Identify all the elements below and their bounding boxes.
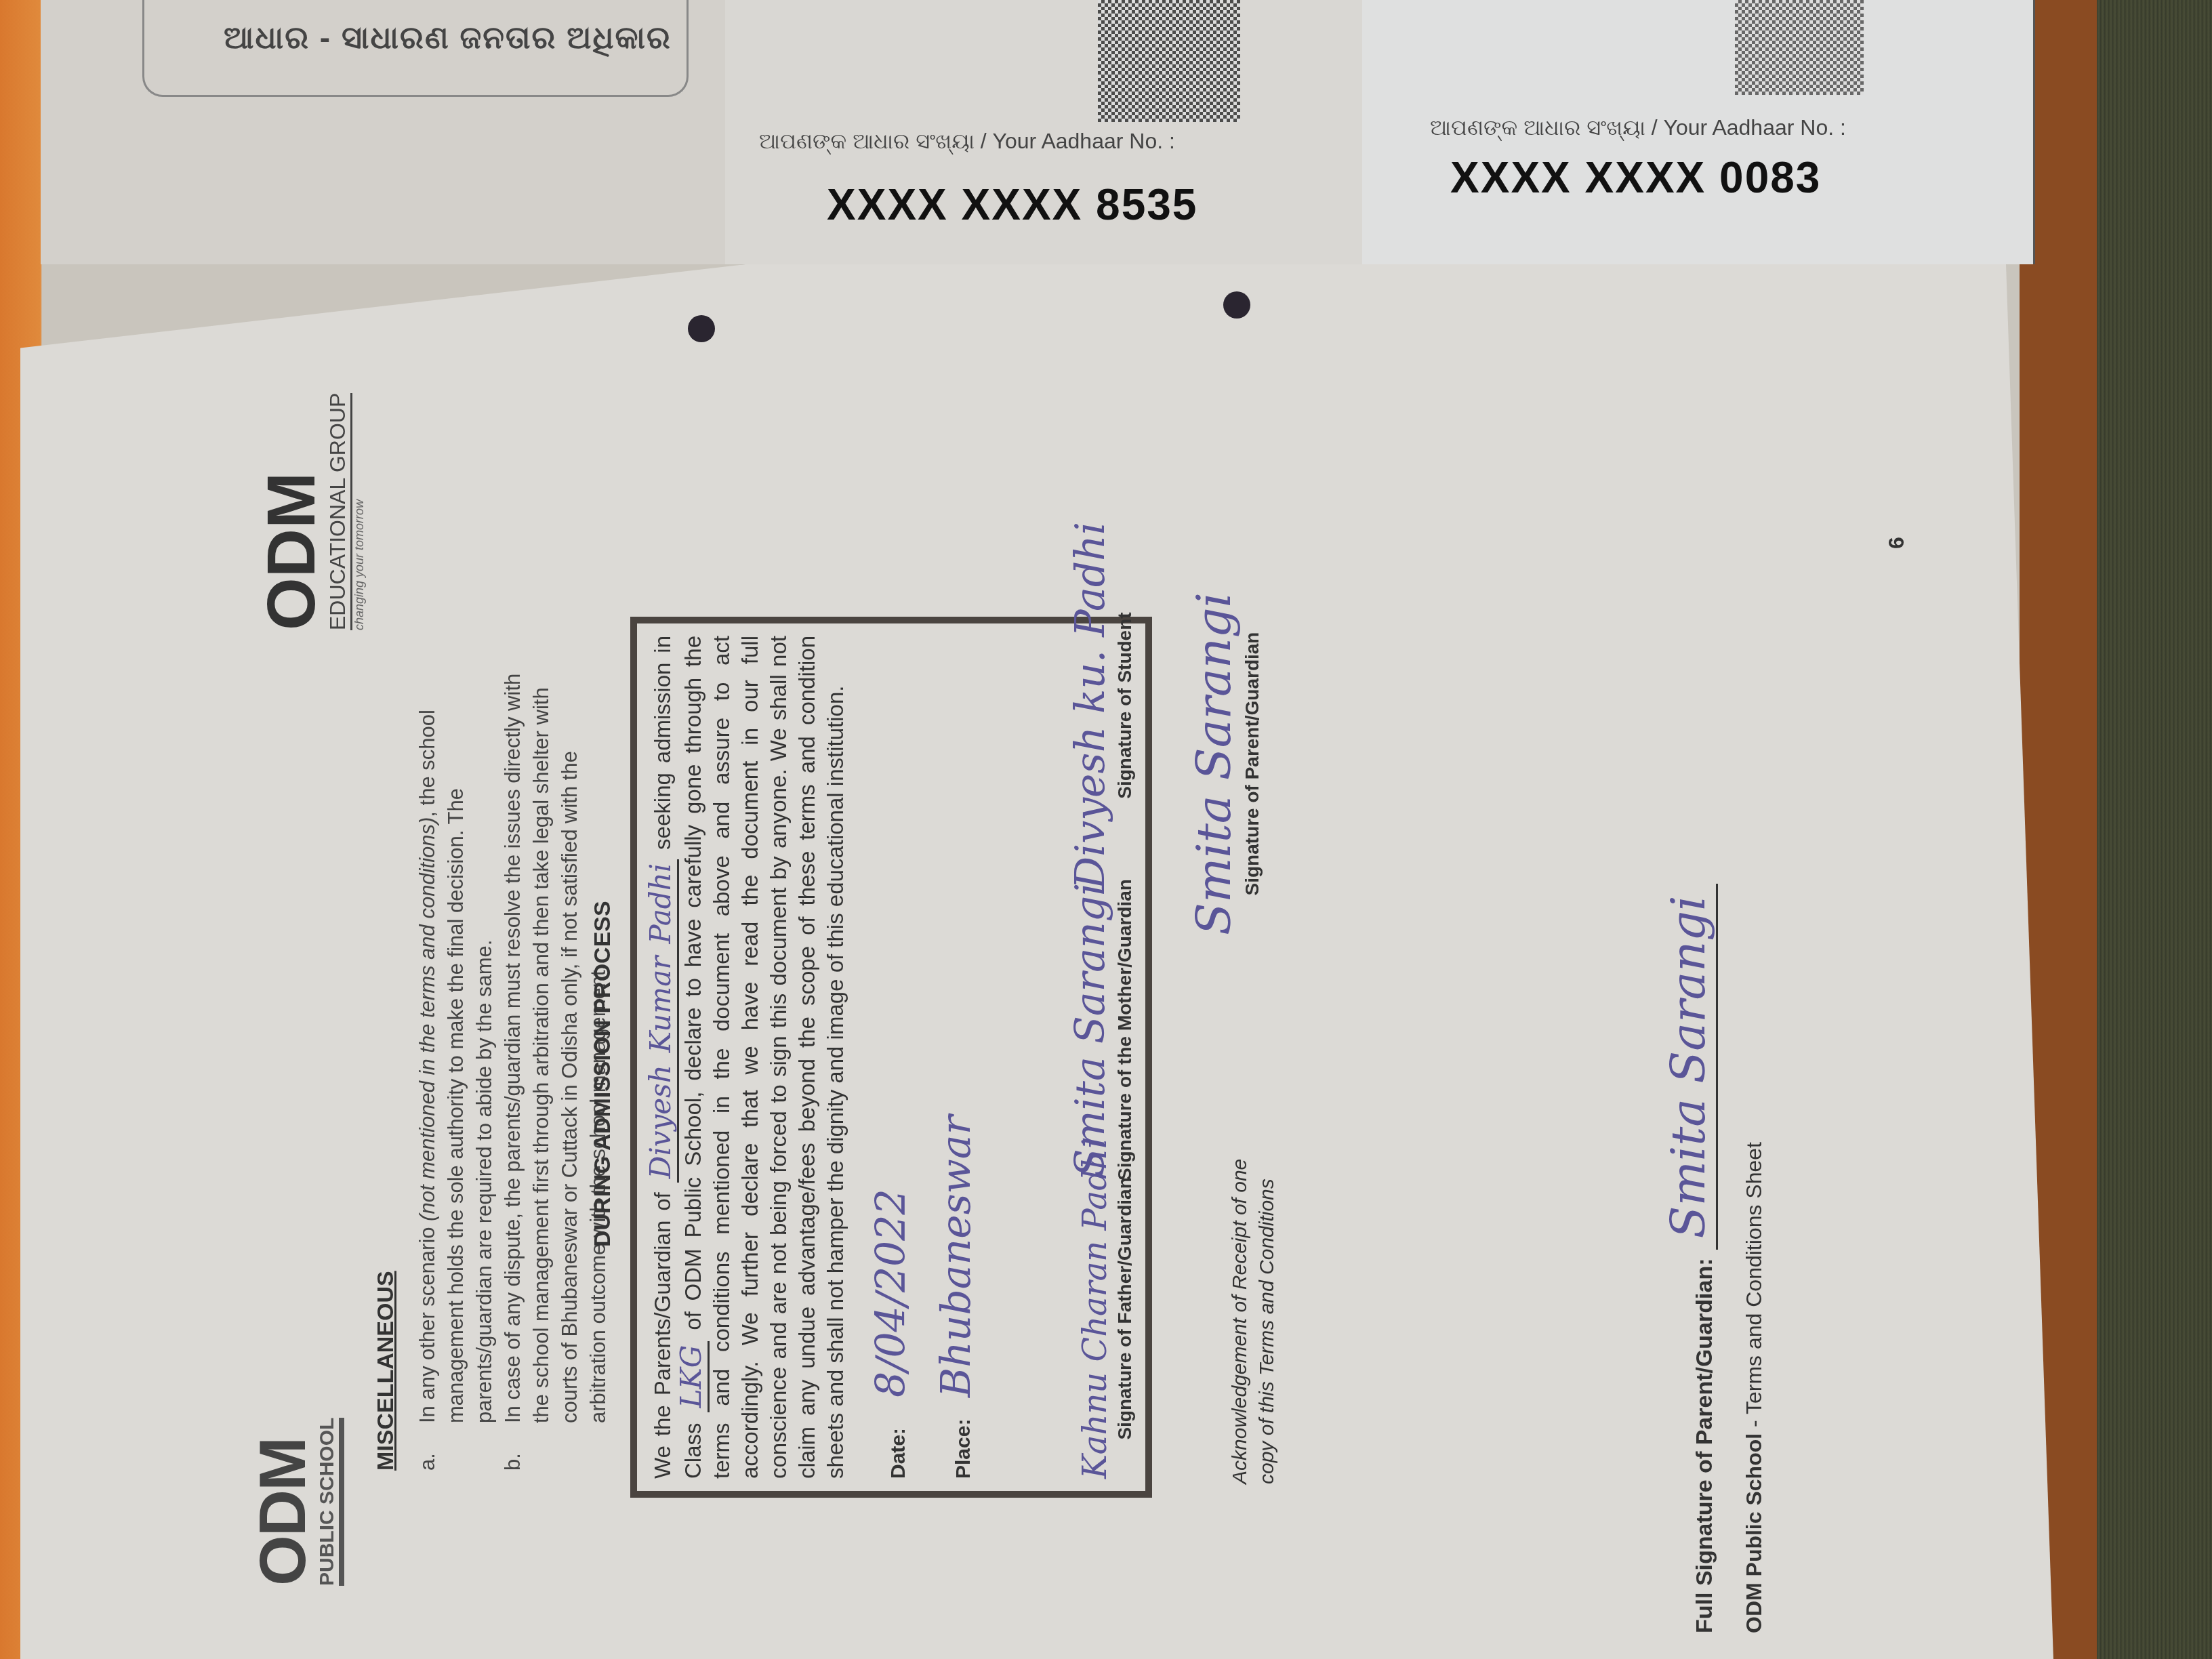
aadhaar-card-2: ଆପଣଙ୍କ ଆଧାର ସଂଖ୍ୟା / Your Aadhaar No. : … — [1362, 0, 2035, 264]
date-row: Date: 8/04/2022 — [867, 636, 915, 1479]
qr-code-icon — [1098, 0, 1240, 122]
class-field[interactable]: LKG — [674, 1341, 710, 1412]
acknowledgement-text: Acknowledgement of Receipt of one copy o… — [1227, 1159, 1281, 1484]
aadhaar-number-masked: XXXX XXXX 8535 — [827, 180, 1197, 230]
mother-signature[interactable]: Smita Sarangi Signature of the Mother/Gu… — [1067, 879, 1136, 1181]
acknowledgement-signature[interactable]: Smita Sarangi Signature of Parent/Guardi… — [1186, 592, 1263, 935]
declaration-text: We the Parents/Guardian of Divyesh Kumar… — [647, 636, 850, 1479]
aadhaar-card-odia-heading: ଆଧାର - ସାଧାରଣ ଜନତାର ଅଧିକାର — [41, 0, 727, 264]
place-row: Place: Bhubaneswar — [933, 636, 980, 1479]
qr-code-icon — [1735, 0, 1864, 95]
student-name-field[interactable]: Divyesh Kumar Padhi — [644, 859, 679, 1183]
clause-a: a. In any other scenario (not mentioned … — [413, 657, 499, 1471]
terms-page: ODM PUBLIC SCHOOL ODM EDUCATIONAL GROUP … — [20, 264, 2053, 1659]
page-number: 6 — [1884, 537, 1909, 549]
odia-heading: ଆଧାର - ସାଧାରଣ ଜନତାର ଅଧିକାର — [224, 19, 672, 57]
place-field[interactable]: Bhubaneswar — [933, 1115, 980, 1397]
aadhaar-label: ଆପଣଙ୍କ ଆଧାର ସଂଖ୍ୟା / Your Aadhaar No. : — [759, 129, 1175, 155]
declaration-title: DURING ADMISSION PROCESS — [590, 901, 616, 1247]
aadhaar-card-1: ଆପଣଙ୍କ ଆଧାର ସଂଖ୍ୟା / Your Aadhaar No. : … — [725, 0, 1364, 264]
odm-educational-group-logo: ODM EDUCATIONAL GROUP changing your tomo… — [258, 393, 367, 630]
signature-row: Kahnu Charan Padhi Signature of Father/G… — [1000, 636, 1136, 1479]
father-signature[interactable]: Kahnu Charan Padhi Signature of Father/G… — [1076, 1139, 1136, 1479]
odm-public-school-logo: ODM PUBLIC SCHOOL — [251, 1418, 344, 1586]
clause-list: a. In any other scenario (not mentioned … — [413, 657, 613, 1471]
aadhaar-number-masked: XXXX XXXX 0083 — [1450, 152, 1821, 203]
aadhaar-label: ଆପଣଙ୍କ ଆଧାର ସଂଖ୍ୟା / Your Aadhaar No. : — [1430, 115, 1846, 141]
full-signature-field[interactable]: Smita Sarangi — [1660, 884, 1718, 1250]
declaration-box: We the Parents/Guardian of Divyesh Kumar… — [630, 617, 1152, 1498]
table-mat — [2097, 0, 2212, 1659]
date-field[interactable]: 8/04/2022 — [867, 1189, 915, 1397]
full-signature: Full Signature of Parent/Guardian: Smita… — [1660, 884, 1718, 1634]
page-footer: ODM Public School - Terms and Conditions… — [1742, 1142, 1767, 1633]
miscellaneous-heading: MISCELLANEOUS — [373, 1271, 399, 1471]
rotated-sheet: ODM PUBLIC SCHOOL ODM EDUCATIONAL GROUP … — [34, 291, 1972, 1647]
student-signature[interactable]: Divyesh ku. Padhi Signature of Student — [1067, 522, 1136, 889]
